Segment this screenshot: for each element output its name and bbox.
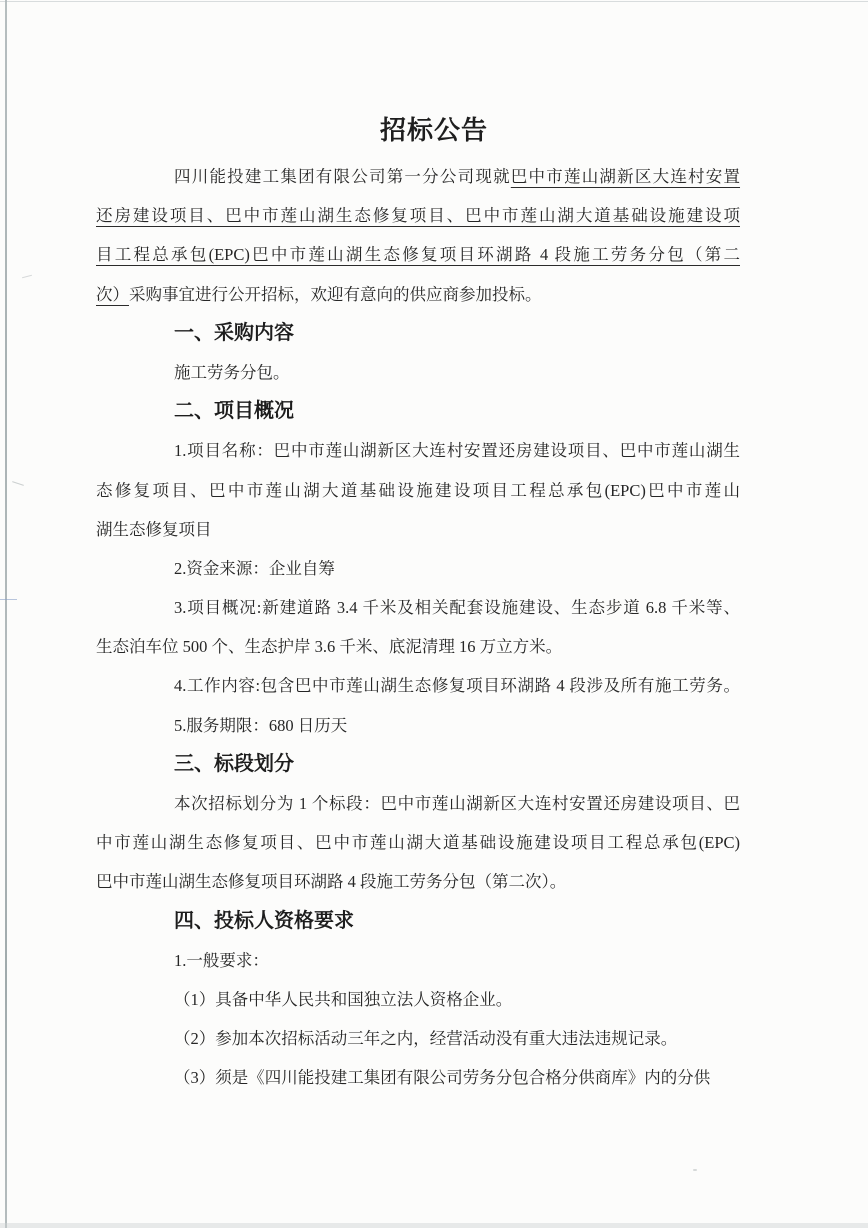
document-title: 招标公告 [0, 110, 868, 147]
section2-item4-work-content: 4.工作内容:包含巴中市莲山湖生态修复项目环湖路 4 段涉及所有施工劳务。 [96, 666, 740, 705]
section4-requirement-1: （1）具备中华人民共和国独立法人资格企业。 [96, 980, 740, 1019]
document-body: 四川能投建工集团有限公司第一分公司现就巴中市莲山湖新区大连村安置 还房建设项目、… [96, 157, 740, 1098]
intro-line-1: 四川能投建工集团有限公司第一分公司现就巴中市莲山湖新区大连村安置 [96, 157, 740, 196]
intro-line-4: 次）采购事宜进行公开招标，欢迎有意向的供应商参加投标。 [96, 275, 740, 314]
section4-requirement-3: （3）须是《四川能投建工集团有限公司劳务分包合格分供商库》内的分供 [96, 1058, 740, 1097]
intro-line-2: 还房建设项目、巴中市莲山湖生态修复项目、巴中市莲山湖大道基础设施建设项 [96, 196, 740, 235]
scan-scratch-artifact [0, 599, 17, 600]
section3-heading-bid-section-division: 三、标段划分 [96, 745, 740, 784]
intro-line-2-underlined-project-name: 还房建设项目、巴中市莲山湖生态修复项目、巴中市莲山湖大道基础设施建设项 [96, 206, 740, 225]
section4-general-requirements-label: 1.一般要求： [96, 941, 740, 980]
scanned-document-page: 招标公告 四川能投建工集团有限公司第一分公司现就巴中市莲山湖新区大连村安置 还房… [0, 0, 868, 1228]
section2-item1-project-name-line-2: 态修复项目、巴中市莲山湖大道基础设施建设项目工程总承包(EPC)巴中市莲山 [96, 471, 740, 510]
scan-scratch-artifact [12, 481, 24, 486]
section1-heading-procurement-content: 一、采购内容 [96, 314, 740, 353]
scan-speck-artifact [693, 1169, 697, 1171]
section2-item3-project-scope-line-1: 3.项目概况:新建道路 3.4 千米及相关配套设施建设、生态步道 6.8 千米等… [96, 588, 740, 627]
intro-line-1-text: 四川能投建工集团有限公司第一分公司现就 [174, 167, 511, 186]
scan-left-edge-artifact [5, 0, 7, 1228]
section4-requirement-2: （2）参加本次招标活动三年之内，经营活动没有重大违法违规记录。 [96, 1019, 740, 1058]
section2-item5-service-period: 5.服务期限：680 日历天 [96, 706, 740, 745]
section4-heading-bidder-qualification: 四、投标人资格要求 [96, 902, 740, 941]
section3-line-1: 本次招标划分为 1 个标段：巴中市莲山湖新区大连村安置还房建设项目、巴 [96, 784, 740, 823]
section3-line-3: 巴中市莲山湖生态修复项目环湖路 4 段施工劳务分包（第二次）。 [96, 862, 740, 901]
intro-line-3-underlined-project-name: 目工程总承包(EPC)巴中市莲山湖生态修复项目环湖路 4 段施工劳务分包（第二 [96, 245, 740, 264]
scan-bottom-edge-artifact [0, 1223, 868, 1228]
section2-item1-project-name-line-1: 1.项目名称：巴中市莲山湖新区大连村安置还房建设项目、巴中市莲山湖生 [96, 431, 740, 470]
scan-scratch-artifact [22, 275, 32, 278]
section2-heading-project-overview: 二、项目概况 [96, 392, 740, 431]
intro-line-4-text: 采购事宜进行公开招标，欢迎有意向的供应商参加投标。 [129, 285, 542, 304]
intro-line-4-underlined-project-name: 次） [96, 285, 129, 304]
section1-body: 施工劳务分包。 [96, 353, 740, 392]
section3-line-2: 中市莲山湖生态修复项目、巴中市莲山湖大道基础设施建设项目工程总承包(EPC) [96, 823, 740, 862]
section2-item1-project-name-line-3: 湖生态修复项目 [96, 510, 740, 549]
intro-line-1-underlined-project-name: 巴中市莲山湖新区大连村安置 [511, 167, 740, 186]
section2-item3-project-scope-line-2: 生态泊车位 500 个、生态护岸 3.6 千米、底泥清理 16 万立方米。 [96, 627, 740, 666]
section2-item2-funding-source: 2.资金来源：企业自筹 [96, 549, 740, 588]
intro-line-3: 目工程总承包(EPC)巴中市莲山湖生态修复项目环湖路 4 段施工劳务分包（第二 [96, 235, 740, 274]
scan-top-edge-artifact [0, 1, 868, 2]
